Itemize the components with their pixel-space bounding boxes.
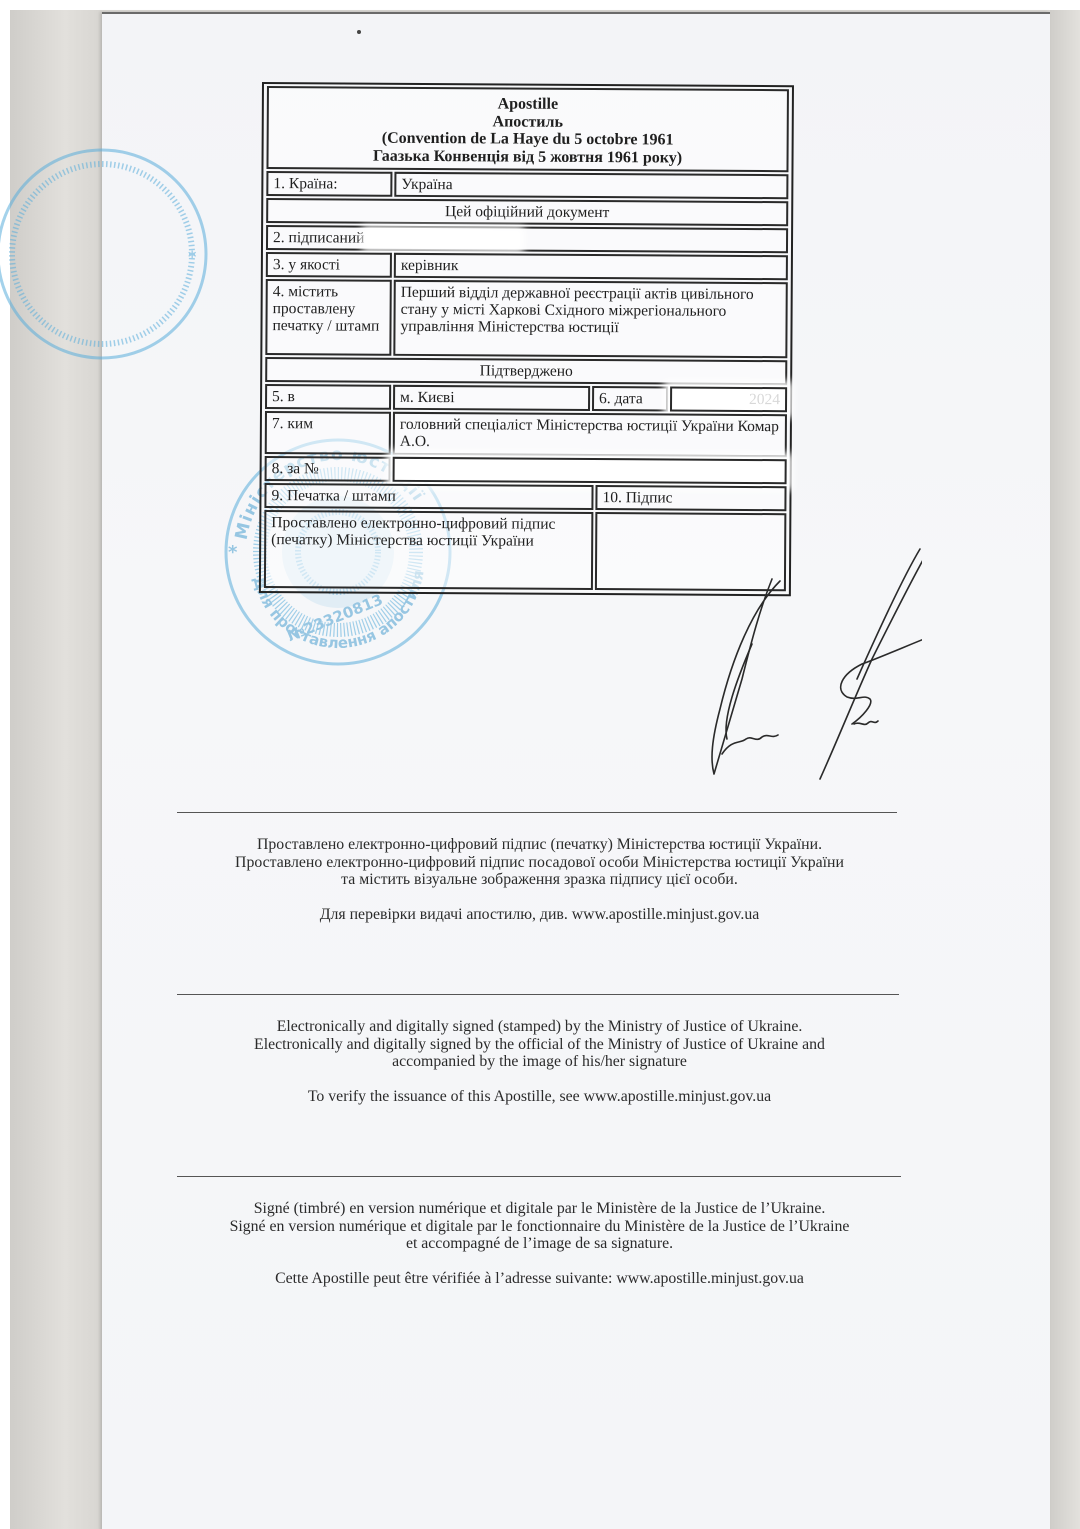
capacity-label: 3. у якості	[266, 252, 392, 278]
fr-line1: Signé (timbré) en version numérique et d…	[177, 1200, 902, 1218]
notes-uk: Проставлено електронно-цифровий підпис (…	[177, 836, 902, 923]
date-label: 6. дата	[592, 386, 668, 411]
certified-heading: Підтверджено	[265, 357, 787, 385]
paper-speck	[357, 30, 361, 34]
stamp-value: Проставлено електронно-цифровий підпис (…	[264, 510, 593, 590]
convention-uk: Гаазька Конвенція від 5 жовтня 1961 року…	[272, 147, 782, 168]
row-country: 1. Країна: Україна	[266, 171, 788, 199]
stamp-label: 9. Печатка / штамп	[264, 483, 593, 510]
row-seal: 4. містить проставлену печатку / штамп П…	[265, 279, 787, 358]
uk-line3: та містить візуальне зображення зразка п…	[177, 871, 902, 889]
capacity-value: керівник	[394, 253, 788, 280]
uk-verify: Для перевірки видачі апостилю, див. www.…	[177, 906, 902, 924]
row-this-document: Цей офіційний документ	[266, 198, 788, 226]
number-label: 8. за №	[265, 456, 391, 482]
en-line1: Electronically and digitally signed (sta…	[177, 1018, 902, 1036]
partial-stamp-icon: *	[0, 144, 212, 364]
divider-fr	[177, 1176, 901, 1177]
seal-value: Перший відділ державної реєстрації актів…	[393, 280, 787, 358]
fr-line2: Signé en version numérique et digitale p…	[177, 1218, 902, 1236]
country-label: 1. Країна:	[266, 171, 392, 197]
number-value-redacted	[393, 457, 787, 484]
by-value: головний спеціаліст Міністерства юстиції…	[393, 412, 787, 457]
by-label: 7. ким	[265, 411, 391, 455]
row-signed-by: 2. підписаний	[266, 225, 788, 253]
divider-en	[177, 994, 899, 995]
country-value: Україна	[394, 172, 788, 199]
signature-label: 10. Підпис	[595, 485, 786, 511]
fr-verify: Cette Apostille peut être vérifiée à l’a…	[177, 1270, 902, 1288]
scan-right-margin	[1050, 10, 1080, 1529]
divider-uk	[177, 812, 897, 813]
en-line3: accompanied by the image of his/her sign…	[177, 1053, 902, 1071]
document-page: * Міністерство юстиції Для проставлення …	[102, 12, 1050, 1529]
row-by: 7. ким головний спеціаліст Міністерства …	[265, 411, 787, 457]
place-label: 5. в	[265, 384, 391, 410]
row-place-date: 5. в м. Києві 6. дата 2024	[265, 384, 787, 412]
row-capacity: 3. у якості керівник	[266, 252, 788, 280]
svg-text:*: *	[188, 247, 197, 266]
en-verify: To verify the issuance of this Apostille…	[177, 1088, 902, 1106]
uk-line2: Проставлено електронно-цифровий підпис п…	[177, 854, 902, 872]
notes-fr: Signé (timbré) en version numérique et d…	[177, 1200, 902, 1287]
row-number: 8. за №	[265, 456, 787, 484]
apostille-table: Apostille Апостиль (Convention de La Hay…	[259, 82, 794, 596]
place-value: м. Києві	[393, 385, 590, 411]
seal-label: 4. містить проставлену печатку / штамп	[265, 279, 391, 356]
en-line2: Electronically and digitally signed by t…	[177, 1036, 902, 1054]
svg-text:*: *	[228, 542, 238, 563]
fr-line3: et accompagné de l’image de sa signature…	[177, 1235, 902, 1253]
row-certified: Підтверджено	[265, 357, 787, 385]
signed-by-label: 2. підписаний	[273, 229, 365, 247]
notes-en: Electronically and digitally signed (sta…	[177, 1018, 902, 1105]
signed-by-cell: 2. підписаний	[266, 225, 788, 253]
apostille-header: Apostille Апостиль (Convention de La Hay…	[266, 86, 788, 172]
signed-by-redacted	[368, 232, 518, 247]
this-document-heading: Цей офіційний документ	[266, 198, 788, 226]
uk-line1: Проставлено електронно-цифровий підпис (…	[177, 836, 902, 854]
handwritten-signature-icon	[602, 539, 922, 799]
date-value-redacted: 2024	[670, 386, 787, 412]
row-stamp-signature-labels: 9. Печатка / штамп 10. Підпис	[264, 483, 786, 511]
